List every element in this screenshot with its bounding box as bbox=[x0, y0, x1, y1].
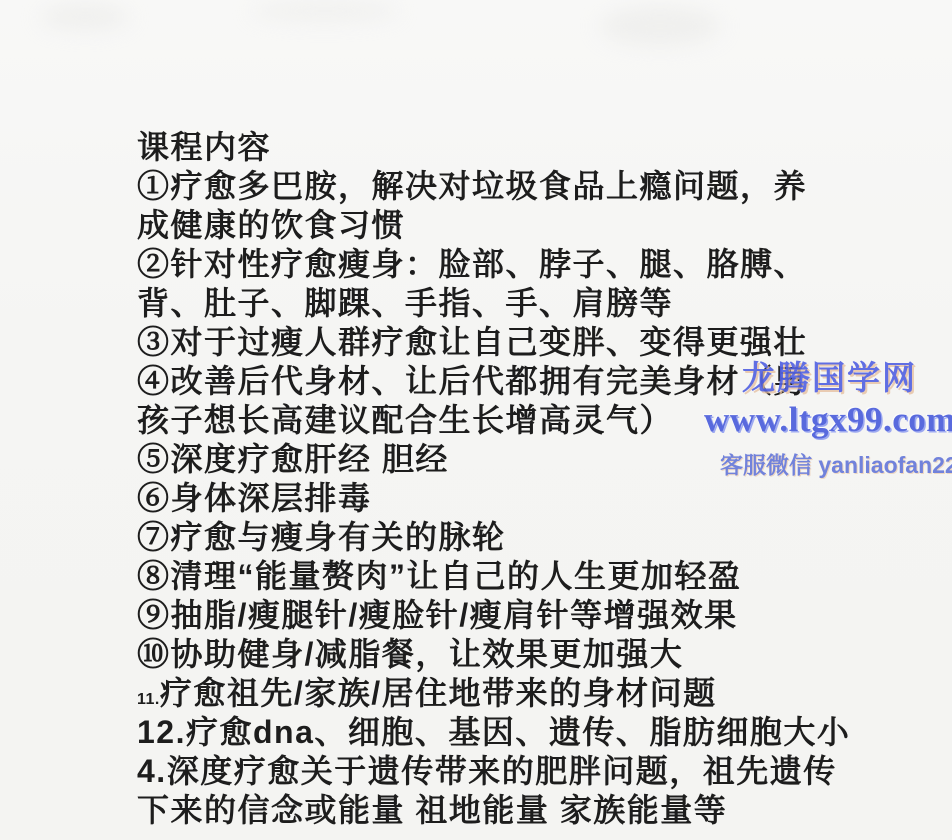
line-text: 12.疗愈dna、细胞、基因、遗传、脂肪细胞大小 bbox=[137, 714, 850, 750]
text-line: 背、肚子、脚踝、手指、手、肩膀等 bbox=[137, 284, 850, 323]
line-text: ⑤深度疗愈肝经 胆经 bbox=[137, 441, 449, 477]
text-line: ⑨抽脂/瘦腿针/瘦脸针/瘦肩针等增强效果 bbox=[137, 596, 850, 635]
line-text: 背、肚子、脚踝、手指、手、肩膀等 bbox=[137, 285, 673, 321]
line-text: ②针对性疗愈瘦身：脸部、脖子、腿、胳膊、 bbox=[137, 246, 807, 282]
text-line: ⑧清理“能量赘肉”让自己的人生更加轻盈 bbox=[137, 557, 850, 596]
text-line: 11.疗愈祖先/家族/居住地带来的身材问题 bbox=[137, 674, 850, 713]
text-line: ⑤深度疗愈肝经 胆经 bbox=[137, 440, 850, 479]
text-line: ⑩协助健身/减脂餐，让效果更加强大 bbox=[137, 635, 850, 674]
line-text: ⑦疗愈与瘦身有关的脉轮 bbox=[137, 519, 506, 555]
background-smudge bbox=[250, 2, 400, 20]
line-text: ⑧清理“能量赘肉”让自己的人生更加轻盈 bbox=[137, 558, 742, 594]
line-text: 疗愈祖先/家族/居住地带来的身材问题 bbox=[160, 675, 717, 711]
line-text: ⑥身体深层排毒 bbox=[137, 480, 372, 516]
text-line: ④改善后代身材、让后代都拥有完美身材（男 bbox=[137, 362, 850, 401]
text-line: 4.深度疗愈关于遗传带来的肥胖问题，祖先遗传 bbox=[137, 752, 850, 791]
text-line: ⑦疗愈与瘦身有关的脉轮 bbox=[137, 518, 850, 557]
text-line: 孩子想长高建议配合生长增高灵气） bbox=[137, 401, 850, 440]
text-line: ①疗愈多巴胺，解决对垃圾食品上瘾问题，养 bbox=[137, 167, 850, 206]
line-text: 成健康的饮食习惯 bbox=[137, 207, 405, 243]
line-text: 课程内容 bbox=[137, 129, 271, 165]
text-line: ⑥身体深层排毒 bbox=[137, 479, 850, 518]
line-text: ⑩协助健身/减脂餐，让效果更加强大 bbox=[137, 636, 683, 672]
line-text: 孩子想长高建议配合生长增高灵气） bbox=[137, 402, 673, 438]
line-text: ④改善后代身材、让后代都拥有完美身材（男 bbox=[137, 363, 807, 399]
line-text: 4.深度疗愈关于遗传带来的肥胖问题，祖先遗传 bbox=[137, 753, 837, 789]
text-line: 下来的信念或能量 祖地能量 家族能量等 bbox=[137, 791, 850, 830]
line-text: ⑨抽脂/瘦腿针/瘦脸针/瘦肩针等增强效果 bbox=[137, 597, 738, 633]
text-line: ②针对性疗愈瘦身：脸部、脖子、腿、胳膊、 bbox=[137, 245, 850, 284]
line-number-small: 11. bbox=[137, 691, 160, 708]
background-smudge bbox=[40, 4, 130, 30]
line-text: 下来的信念或能量 祖地能量 家族能量等 bbox=[137, 792, 727, 828]
text-line: 成健康的饮食习惯 bbox=[137, 206, 850, 245]
background-smudge bbox=[600, 6, 720, 46]
text-line: 12.疗愈dna、细胞、基因、遗传、脂肪细胞大小 bbox=[137, 713, 850, 752]
course-content: 课程内容①疗愈多巴胺，解决对垃圾食品上瘾问题，养成健康的饮食习惯②针对性疗愈瘦身… bbox=[137, 128, 850, 830]
line-text: ③对于过瘦人群疗愈让自己变胖、变得更强壮 bbox=[137, 324, 807, 360]
text-line: 课程内容 bbox=[137, 128, 850, 167]
text-line: ③对于过瘦人群疗愈让自己变胖、变得更强壮 bbox=[137, 323, 850, 362]
line-text: ①疗愈多巴胺，解决对垃圾食品上瘾问题，养 bbox=[137, 168, 807, 204]
